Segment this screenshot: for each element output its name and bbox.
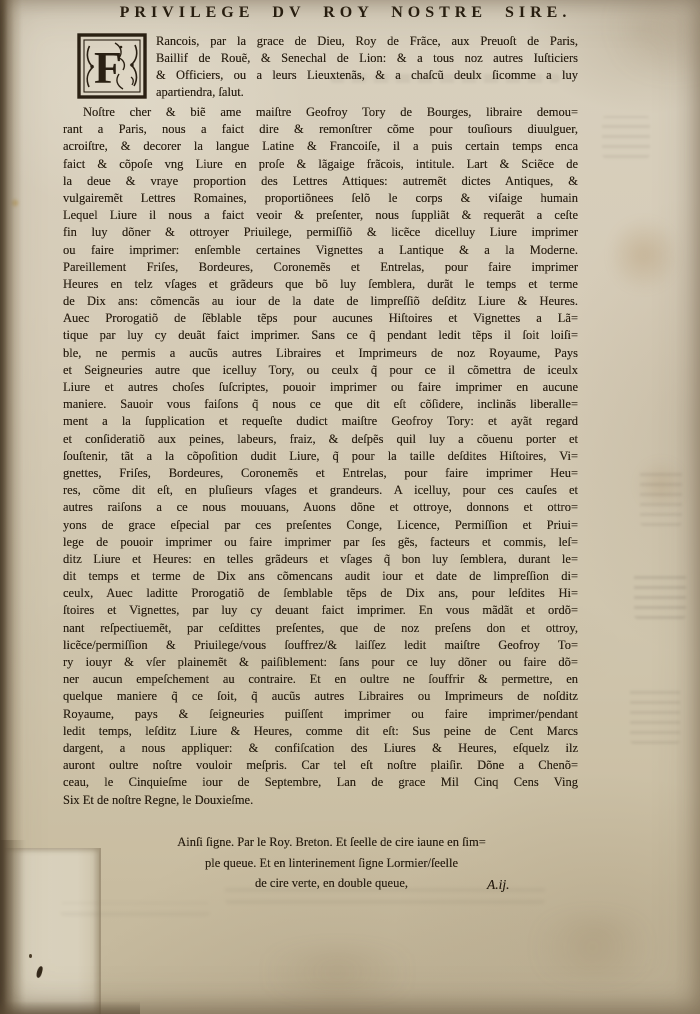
- text-line: ceau, le Cinquieſme iour de Septembre, L…: [63, 774, 578, 791]
- text-line: dit temps et terme de Dix ans cõmencans …: [63, 568, 578, 585]
- text-line: Heures en telz vſages et grãdeurs que bõ…: [63, 276, 578, 293]
- text-line: quelque maniere q̃ ce ſoit, q̃ aucũs aut…: [63, 688, 578, 705]
- text-line: ple queue. Et en linterinement ſigne Lor…: [85, 853, 578, 874]
- text-line: auront oultre noſtre vouloir meſpris. Ca…: [63, 757, 578, 774]
- text-line: ceulx, Auec laditte Prorogatiõ de ſembla…: [63, 585, 578, 602]
- privilege-body-paragraph: Noſtre cher & biẽ ame maiſtre Geofroy To…: [63, 104, 578, 809]
- text-line: Noſtre cher & biẽ ame maiſtre Geofroy To…: [63, 104, 578, 121]
- text-line: vulgairemẽt Lettres Romaines, proportiõn…: [63, 190, 578, 207]
- text-line: faict & cõpoſe vng Liure en proſe & lãga…: [63, 156, 578, 173]
- text-line: licẽce/permiſſion & Priuilege/vous ſouff…: [63, 637, 578, 654]
- text-line: maniere. Sauoir vous faiſons q̃ nous ce …: [63, 396, 578, 413]
- text-line: Royaume, pays & ſeigneuries puiſſent imp…: [63, 706, 578, 723]
- text-line: yons de grace eſpecial par ces preſentes…: [63, 517, 578, 534]
- text-line: ner aucun empeſchement au contraire. Et …: [63, 671, 578, 688]
- woodcut-initial-icon: F: [77, 33, 147, 99]
- text-line: Ainſi ſigne. Par le Roy. Breton. Et ſeel…: [85, 832, 578, 853]
- text-line: ditz Liure et Heures: en telles grãdeurs…: [63, 551, 578, 568]
- text-line: fin luy dõner & ottroyer Priuilege, perm…: [63, 224, 578, 241]
- text-line: autres raiſons a ce nous mouuans, Auons …: [63, 499, 578, 516]
- text-line: Auec Prorogatiõ de ſẽblable tẽps pour au…: [63, 310, 578, 327]
- text-line: ment a la ſupplication et requeſte dudic…: [63, 413, 578, 430]
- text-line: res, cõme dit eſt, en pluſieurs vſages e…: [63, 482, 578, 499]
- text-line: dargent, a nous appliquer: & confiſcatio…: [63, 740, 578, 757]
- text-line: ledit temps, leſditz Liure & Heures, com…: [63, 723, 578, 740]
- text-line: ſtoires et Vignettes, par luy cy deuant …: [63, 602, 578, 619]
- text-line: la deue & vraye proportion des Lettres A…: [63, 173, 578, 190]
- printed-privilege-page: PRIVILEGE DV ROY NOSTRE SIRE. F Rancois,…: [0, 0, 700, 1014]
- text-line: ou faire imprimer: enſemble certaines Vi…: [63, 242, 578, 259]
- text-line: Lequel Liure il nous a faict veoir & pre…: [63, 207, 578, 224]
- text-line: & Officiers, ou a leurs Lieuxtenãs, & a …: [156, 67, 578, 84]
- text-line: et Seigneuries autre que icelluy Tory, o…: [63, 362, 578, 379]
- text-line: lege de pouoir imprimer ou faire imprime…: [63, 534, 578, 551]
- text-line: acroiſtre, & decorer la langue Latine & …: [63, 138, 578, 155]
- text-line: rant a Paris, nous a faict dire & remonſ…: [63, 121, 578, 138]
- text-line: ble, ne permis a aucũs autres Libraires …: [63, 345, 578, 362]
- text-line: gnettes, Friſes, Bordeures, Coronemẽs et…: [63, 465, 578, 482]
- text-line: tique par luy cy deuãt faict imprimer. S…: [63, 327, 578, 344]
- text-line: Liure et autres choſes ſuſcriptes, pouoi…: [63, 379, 578, 396]
- signature-mark: A.ij.: [487, 877, 510, 893]
- page-left-edge-shadow: [0, 840, 26, 1014]
- text-line: Six Et de noſtre Regne, le Douxieſme.: [63, 792, 578, 809]
- text-line: et conſideratiõ aux peines, labeurs, fra…: [63, 431, 578, 448]
- text-line: ſouſtenir, tãt a la cõpoſition dudit Liu…: [63, 448, 578, 465]
- page-title: PRIVILEGE DV ROY NOSTRE SIRE.: [88, 4, 603, 22]
- drop-cap-letter: F: [94, 42, 122, 93]
- text-line: apartiendra, ſalut.: [156, 84, 578, 101]
- text-line: Pareillement Friſes, Bordeures, Coronemẽ…: [63, 259, 578, 276]
- page-bottom-edge-shadow: [0, 1001, 140, 1014]
- text-line: Rancois, par la grace de Dieu, Roy de Fr…: [156, 33, 578, 50]
- text-line: de Dix ans: cõmencãs au iour de la date …: [63, 293, 578, 310]
- text-line: ry iouyr & vſer plainemẽt & paiſiblement…: [63, 654, 578, 671]
- text-line: nant reſpectiuemẽt, par ceſdittes preſen…: [63, 620, 578, 637]
- intro-paragraph: F Rancois, par la grace de Dieu, Roy de …: [63, 33, 578, 101]
- text-line: Baillif de Rouẽ, & Senechal de Lion: & a…: [156, 50, 578, 67]
